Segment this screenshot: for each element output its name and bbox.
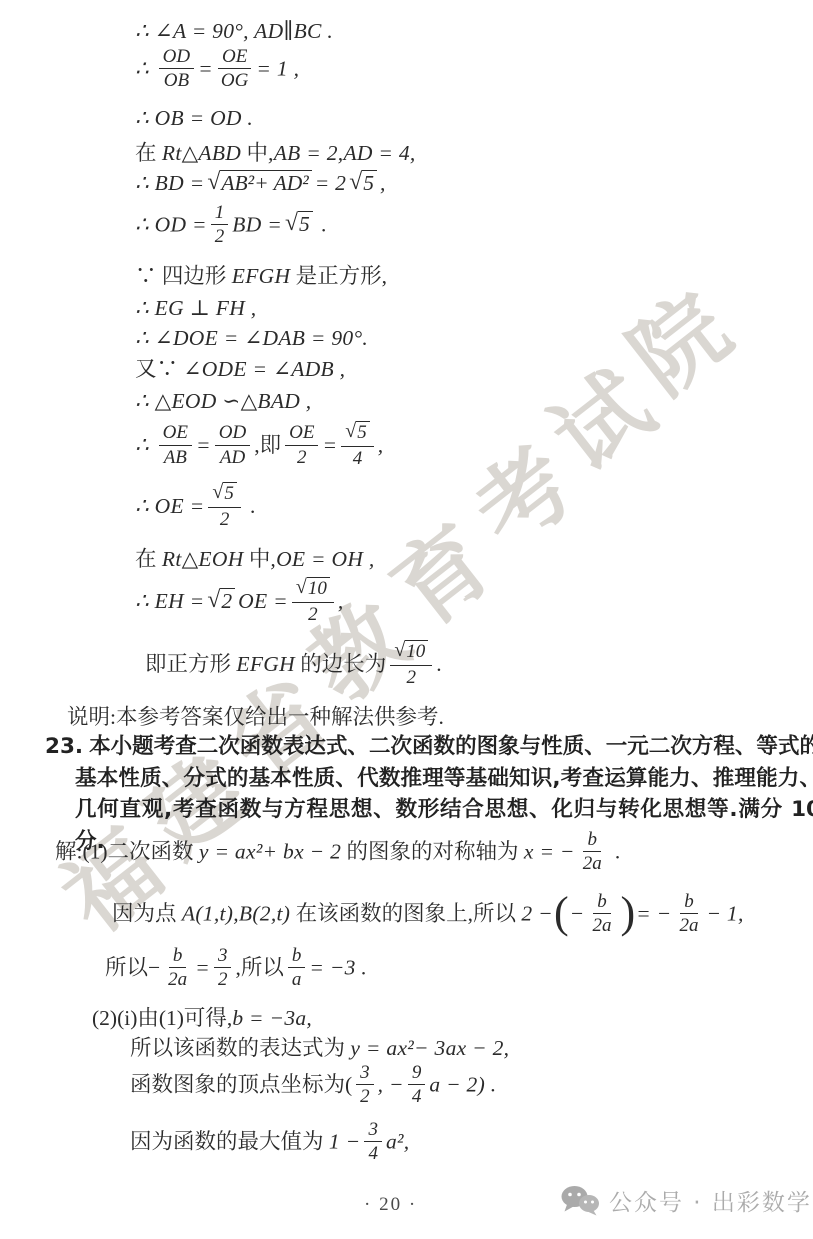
math-text: ∴ EH = — [135, 589, 204, 613]
fraction: OEOG — [217, 46, 252, 92]
radical-sign: √ — [207, 170, 220, 195]
radicand: 5 — [356, 421, 370, 445]
watermark-char: 院 — [615, 279, 744, 408]
proof-line-3: ∴ OB = OD . — [135, 105, 253, 132]
math-text: ∴ OB = OD . — [135, 106, 253, 130]
chinese-text: (2)(i)由(1)可得, — [92, 1006, 232, 1030]
chinese-text: 因为点 — [112, 901, 182, 925]
math-text: EFGH — [236, 652, 295, 676]
math-text: . — [610, 840, 621, 864]
denominator: 2a — [579, 852, 606, 874]
proof-line-12: ∴ OEAB=ODAD,即OE2=√54, — [135, 423, 383, 471]
solution-line-5: 所以该函数的表达式为 y = ax²− 3ax − 2, — [130, 1035, 509, 1062]
math-text: A(1,t),B(2,t) — [182, 901, 290, 925]
radical-sign: √ — [345, 421, 356, 442]
radicand: AB²+ AD² — [220, 170, 311, 197]
numerator: √5 — [208, 482, 240, 508]
math-text: ∴ BD = — [135, 171, 204, 195]
numerator: 3 — [364, 1119, 382, 1142]
denominator: 2 — [356, 1085, 374, 1107]
fraction: √54 — [341, 421, 373, 469]
math-text: 2 − — [521, 901, 553, 925]
math-text: , − — [378, 1073, 404, 1097]
fraction: 32 — [356, 1062, 374, 1108]
denominator: a — [288, 968, 306, 990]
numerator: b — [288, 945, 306, 968]
wechat-icon — [560, 1185, 600, 1216]
math-text: = 1 , — [256, 57, 299, 81]
fraction: b2a — [675, 891, 702, 937]
chinese-text: 在该函数的图象上,所以 — [290, 901, 521, 925]
radical-sign: √ — [394, 640, 405, 661]
proof-line-11: ∴ △EOD ∽△BAD , — [135, 388, 311, 415]
numerator: 1 — [211, 202, 229, 225]
math-text: = — [196, 433, 211, 457]
fraction: 34 — [364, 1119, 382, 1165]
math-text: , — [378, 433, 384, 457]
fraction: √102 — [390, 640, 432, 688]
numerator: OD — [215, 422, 250, 445]
math-text: = − — [636, 901, 671, 925]
numerator: b — [593, 891, 611, 914]
numerator: √10 — [390, 640, 432, 666]
math-text: BD = — [232, 213, 282, 237]
chinese-text: 函数图象的顶点坐标为( — [130, 1073, 352, 1097]
proof-line-1: ∴ ∠A = 90°, AD∥BC . — [135, 18, 333, 45]
chinese-text: 所以− — [105, 956, 160, 980]
radical-sign: √ — [212, 482, 223, 503]
chinese-text: ,所以 — [235, 956, 283, 980]
chinese-text: 的图象的对称轴为 — [341, 840, 524, 864]
radical-sign: √ — [349, 170, 362, 195]
math-text: ∴ ∠A = 90°, AD∥BC . — [135, 19, 333, 43]
math-text: . — [245, 494, 256, 518]
math-text: = — [198, 57, 213, 81]
proof-line-15: ∴ EH =√2OE =√102, — [135, 579, 344, 627]
radicand: 5 — [298, 211, 313, 238]
denominator: 4 — [349, 447, 367, 469]
chinese-text: . — [436, 652, 441, 676]
square-root: √2 — [207, 588, 235, 615]
radicand: 10 — [405, 640, 428, 664]
fraction: OEAB — [159, 422, 192, 468]
denominator: 2a — [675, 914, 702, 936]
chinese-text: 中 — [244, 547, 271, 571]
math-text: 1 − — [329, 1130, 361, 1154]
chinese-text: 又∵ — [135, 357, 183, 381]
solution-line-1: 解:(1)二次函数 y = ax²+ bx − 2 的图象的对称轴为 x = −… — [55, 831, 621, 877]
denominator: 4 — [408, 1085, 426, 1107]
chinese-text: 在 — [135, 547, 162, 571]
math-text: EFGH — [232, 264, 291, 288]
fraction: 32 — [214, 945, 232, 991]
radicand: 5 — [223, 482, 237, 506]
proof-line-4: 在 Rt△ABD 中,AB = 2,AD = 4, — [135, 140, 416, 167]
numerator: √10 — [292, 577, 334, 603]
fraction: b2a — [579, 829, 606, 875]
math-text: ∴ OD = — [135, 213, 207, 237]
question-number: 23. — [45, 734, 89, 759]
wechat-label: 公众号 · 出彩数学 — [609, 1184, 812, 1217]
math-text: ∴ — [135, 57, 155, 81]
math-text: ∴ EG ⊥ FH , — [135, 296, 256, 320]
radical-sign: √ — [285, 211, 298, 236]
math-text: x = − — [524, 840, 575, 864]
proof-line-9: ∴ ∠DOE = ∠DAB = 90°. — [135, 325, 368, 352]
solution-line-4: (2)(i)由(1)可得,b = −3a, — [92, 1005, 312, 1032]
math-text: − — [570, 901, 585, 925]
denominator: 4 — [364, 1142, 382, 1164]
fraction: ODAD — [215, 422, 250, 468]
fraction: √52 — [208, 482, 240, 530]
math-text: = −3 . — [309, 956, 367, 980]
numerator: b — [583, 829, 601, 852]
solution-line-6: 函数图象的顶点坐标为(32, −94a − 2) . — [130, 1064, 496, 1110]
fraction: OE2 — [285, 422, 318, 468]
square-root: √5 — [349, 170, 377, 197]
math-text: = 2 — [315, 171, 347, 195]
denominator: OB — [160, 69, 193, 91]
exam-answer-page: 福 建 省 教 育 考 试 院 ∴ ∠A = 90°, AD∥BC . ∴ OD… — [0, 0, 813, 1239]
open-paren: ( — [554, 885, 569, 940]
math-text: ∠ODE = ∠ADB , — [183, 357, 345, 381]
square-root: √5 — [285, 211, 313, 238]
watermark-char: 育 — [377, 511, 506, 640]
math-text: . — [316, 213, 327, 237]
numerator: b — [680, 891, 698, 914]
chinese-text: ,即 — [254, 433, 281, 457]
numerator: 3 — [356, 1062, 374, 1085]
proof-line-7: ∵ 四边形 EFGH 是正方形, — [135, 263, 387, 290]
solution-line-3: 所以−b2a=32,所以ba= −3 . — [105, 947, 367, 993]
math-text: Rt△EOH — [162, 547, 244, 571]
fraction: 12 — [211, 202, 229, 248]
wechat-publicity: 公众号 · 出彩数学 — [560, 1184, 812, 1217]
denominator: 2a — [164, 968, 191, 990]
proof-line-5: ∴ BD =√AB²+ AD²= 2√5, — [135, 170, 386, 198]
numerator: OE — [159, 422, 192, 445]
chinese-text: 即正方形 — [145, 652, 236, 676]
math-text: ,AB = 2,AD = 4, — [268, 141, 416, 165]
numerator: 9 — [408, 1062, 426, 1085]
radical-sign: √ — [296, 577, 307, 598]
math-text: , — [338, 589, 344, 613]
proof-line-10: 又∵ ∠ODE = ∠ADB , — [135, 356, 345, 383]
denominator: AB — [160, 446, 191, 468]
numerator: √5 — [341, 421, 373, 447]
math-text: a², — [386, 1130, 409, 1154]
denominator: 2 — [214, 968, 232, 990]
solution-line-2: 因为点 A(1,t),B(2,t) 在该函数的图象上,所以 2 −(−b2a)=… — [112, 888, 744, 943]
math-text: ∴ △EOD ∽△BAD , — [135, 389, 311, 413]
proof-line-6: ∴ OD =12BD =√5 . — [135, 204, 327, 250]
denominator: 2 — [211, 225, 229, 247]
fraction: b2a — [164, 945, 191, 991]
math-text: = — [322, 433, 337, 457]
page-number: · 20 · — [364, 1194, 417, 1216]
numerator: b — [169, 945, 187, 968]
math-text: OE = — [238, 589, 288, 613]
math-text: ,OE = OH , — [270, 547, 374, 571]
numerator: OE — [218, 46, 251, 69]
chinese-text: 因为函数的最大值为 — [130, 1130, 329, 1154]
proof-line-8: ∴ EG ⊥ FH , — [135, 295, 256, 322]
numerator: 3 — [214, 945, 232, 968]
denominator: AD — [216, 446, 249, 468]
close-paren: ) — [620, 885, 635, 940]
note-text: 说明:本参考答案仅给出一种解法供参考. — [67, 705, 444, 729]
fraction: √102 — [292, 577, 334, 625]
math-text: y = ax²− 3ax − 2, — [350, 1036, 509, 1060]
watermark-char: 试 — [537, 357, 666, 486]
denominator: 2 — [216, 508, 234, 530]
radical-sign: √ — [207, 588, 220, 613]
denominator: 2 — [403, 666, 421, 688]
chinese-text: 在 — [135, 141, 162, 165]
chinese-text: 所以该函数的表达式为 — [130, 1036, 350, 1060]
chinese-text: 的边长为 — [295, 652, 386, 676]
chinese-text: 解:(1)二次函数 — [55, 840, 199, 864]
radicand: 10 — [307, 577, 330, 601]
radicand: 5 — [362, 170, 377, 197]
fraction: b2a — [588, 891, 615, 937]
solution-line-7: 因为函数的最大值为 1 −34a², — [130, 1121, 409, 1167]
math-text: ∴ — [135, 433, 155, 457]
denominator: 2 — [304, 603, 322, 625]
proof-line-2: ∴ ODOB=OEOG= 1 , — [135, 48, 299, 94]
math-text: Rt△ABD — [162, 141, 241, 165]
math-text: b = −3a, — [232, 1006, 312, 1030]
chinese-text: 中 — [241, 141, 268, 165]
fraction: ba — [288, 945, 306, 991]
math-text: , — [380, 171, 386, 195]
radicand: 2 — [220, 588, 235, 615]
denominator: 2 — [293, 446, 311, 468]
math-text: ∴ ∠DOE = ∠DAB = 90°. — [135, 326, 368, 350]
math-text: − 1, — [706, 901, 743, 925]
fraction: ODOB — [159, 46, 194, 92]
denominator: 2a — [588, 914, 615, 936]
fraction: 94 — [408, 1062, 426, 1108]
chinese-text: ∵ 四边形 — [135, 264, 232, 288]
math-text: ∴ OE = — [135, 494, 204, 518]
math-text: a − 2) . — [429, 1073, 496, 1097]
note-line: 说明:本参考答案仅给出一种解法供参考. — [67, 700, 444, 731]
math-text: = — [195, 956, 210, 980]
proof-line-13: ∴ OE =√52 . — [135, 484, 256, 532]
denominator: OG — [217, 69, 252, 91]
numerator: OD — [159, 46, 194, 69]
numerator: OE — [285, 422, 318, 445]
math-text: y = ax²+ bx − 2 — [199, 840, 341, 864]
square-root: √AB²+ AD² — [207, 170, 311, 197]
watermark-char: 考 — [459, 433, 588, 562]
proof-line-14: 在 Rt△EOH 中,OE = OH , — [135, 546, 375, 573]
chinese-text: 是正方形, — [290, 264, 387, 288]
proof-line-16: 即正方形 EFGH 的边长为√102. — [145, 642, 442, 690]
